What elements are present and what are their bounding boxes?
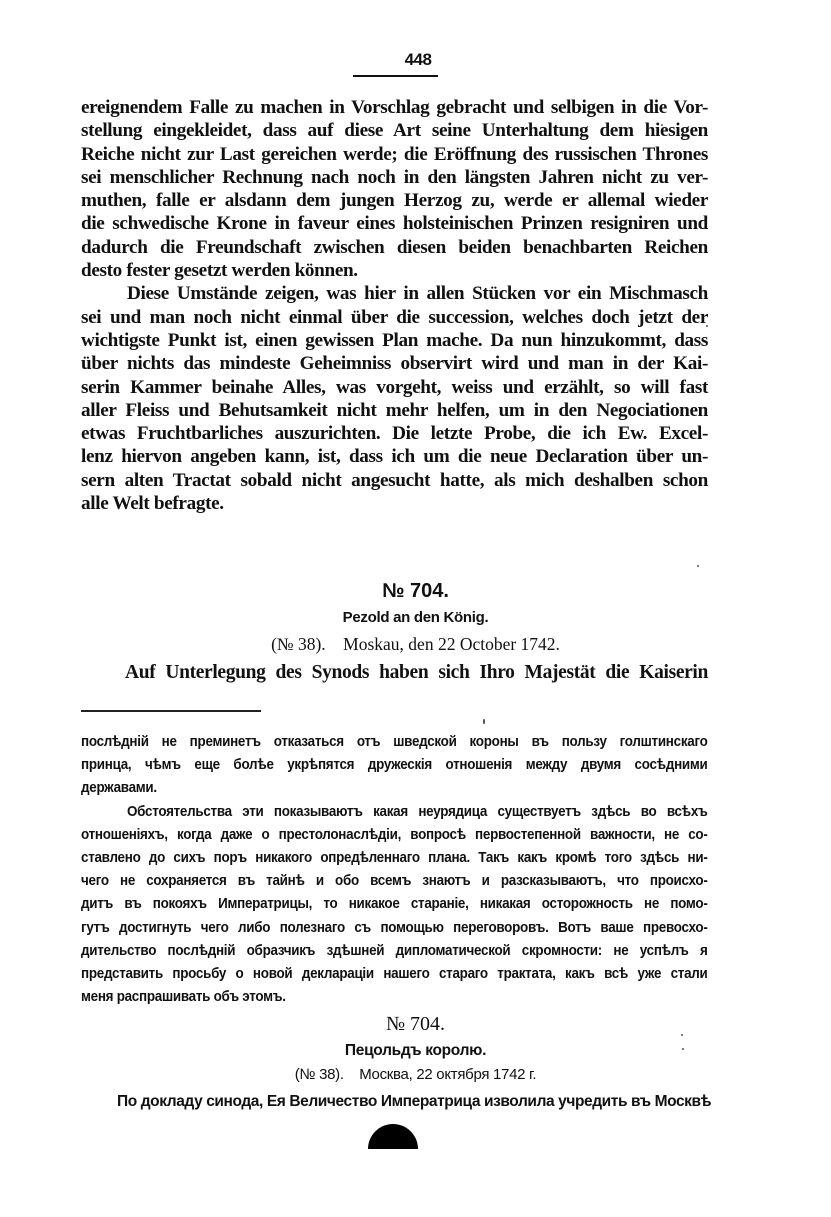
text-line: aller Fleiss und Behutsamkeit nicht mehr… (81, 399, 708, 422)
page-number: 448 (378, 50, 458, 70)
text-line: отношеніяхъ, когда даже о престолонаслѣд… (81, 824, 708, 847)
russian-document-title: Пецольдъ королю. (0, 1042, 831, 1060)
scan-speck (483, 719, 485, 724)
german-document-title: Pezold an den König. (0, 609, 831, 626)
text-line: lenz hiervon angeben kann, ist, dass ich… (81, 445, 708, 468)
text-line: Reiche nicht zur Last gereichen werde; d… (81, 143, 708, 166)
text-line: die schwedische Krone in faveur eines ho… (81, 212, 708, 235)
text-line: меня распрашивать объ этомъ. (81, 986, 708, 1009)
text-line: державами. (81, 777, 708, 800)
russian-opening-line: По докладу синода, Ея Величество Императ… (117, 1093, 707, 1111)
text-line: alle Welt befragte. (81, 492, 708, 515)
scan-speck (697, 565, 699, 567)
german-document-date: (№ 38). Moskau, den 22 October 1742. (0, 634, 831, 655)
scan-speck (682, 1048, 684, 1050)
russian-text-block: послѣдній не преминетъ отказаться отъ шв… (81, 731, 658, 1009)
text-line: гутъ достигнуть чего либо полезнаго съ п… (81, 917, 708, 940)
text-line: принца, чѣмъ еще болѣе укрѣпятся дружеск… (81, 754, 708, 777)
footnote-divider (81, 710, 261, 712)
text-line: sei und man noch nicht einmal über die s… (81, 306, 708, 329)
text-line: ставлено до сихъ поръ никакого опредѣлен… (81, 847, 708, 870)
text-line: serin Kammer beinahe Alles, was vorgeht,… (81, 376, 708, 399)
russian-document-number: № 704. (0, 1013, 831, 1036)
text-line: ereignendem Falle zu machen in Vorschlag… (81, 96, 708, 119)
scan-speck (706, 325, 708, 327)
german-opening-line: Auf Unterlegung des Synods haben sich Ih… (125, 662, 708, 684)
text-line: дительство послѣдній образчикъ здѣшней д… (81, 940, 708, 963)
text-line: Diese Umstände zeigen, was hier in allen… (81, 282, 708, 305)
text-line: stellung eingekleidet, dass auf diese Ar… (81, 119, 708, 142)
text-line: dadurch die Freundschaft zwischen diesen… (81, 236, 708, 259)
russian-document-date: (№ 38). Москва, 22 октября 1742 г. (0, 1066, 831, 1083)
text-line: послѣдній не преминетъ отказаться отъ шв… (81, 731, 708, 754)
text-line: sei menschlicher Rechnung nach noch in d… (81, 166, 708, 189)
text-line: muthen, falle er alsdann dem jungen Herz… (81, 189, 708, 212)
page-number-rule (353, 75, 438, 77)
text-line: desto fester gesetzt werden können. (81, 259, 708, 282)
text-line: чего не сохраняется въ тайнѣ и обо всемъ… (81, 870, 708, 893)
text-line: дитъ въ покояхъ Императрицы, то никакое … (81, 893, 708, 916)
ink-blot-mark (368, 1124, 418, 1149)
german-text-block: ereignendem Falle zu machen in Vorschlag… (81, 96, 708, 515)
scan-speck (661, 124, 663, 126)
text-line: über nichts das mindeste Geheimniss obse… (81, 352, 708, 375)
text-line: wichtigste Punkt ist, einen gewissen Pla… (81, 329, 708, 352)
text-line: Обстоятельства эти показываютъ какая неу… (81, 801, 708, 824)
german-document-number: № 704. (0, 580, 831, 603)
text-line: представить просьбу о новой декларацiи н… (81, 963, 708, 986)
text-line: etwas Fruchtbarliches auszurichten. Die … (81, 422, 708, 445)
scan-speck (681, 1034, 683, 1036)
text-line: sern alten Tractat sobald nicht angesuch… (81, 469, 708, 492)
